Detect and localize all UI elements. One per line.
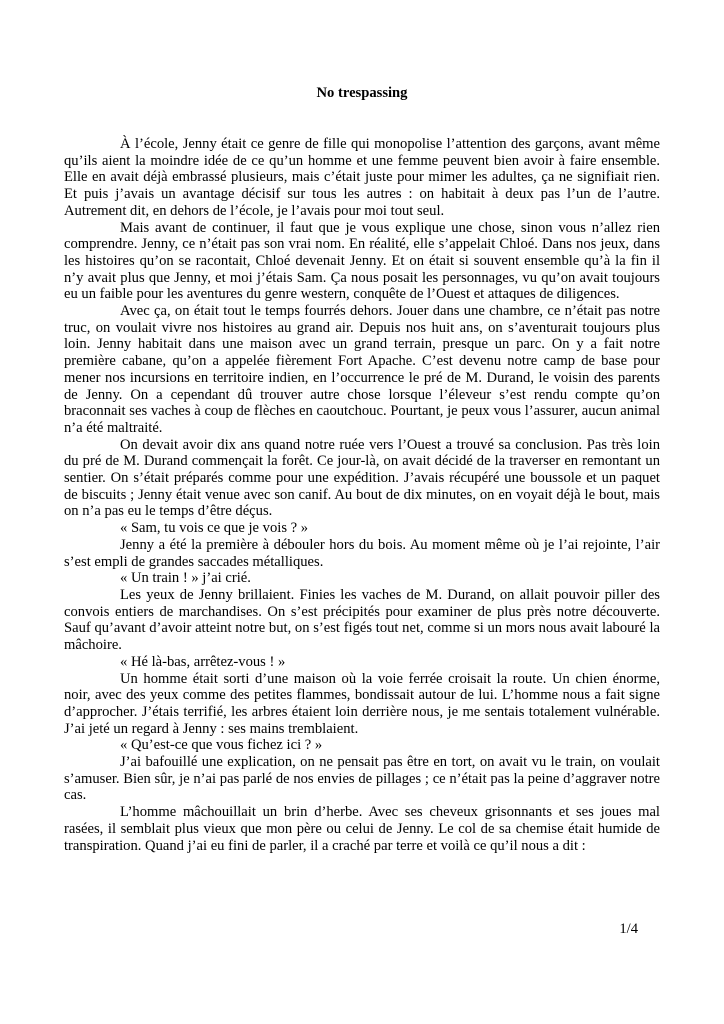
paragraph: « Hé là-bas, arrêtez-vous ! » <box>64 654 660 671</box>
paragraph: Jenny a été la première à débouler hors … <box>64 537 660 570</box>
document-page: No trespassing À l’école, Jenny était ce… <box>0 0 724 1024</box>
paragraph: Les yeux de Jenny brillaient. Finies les… <box>64 587 660 654</box>
paragraph: Avec ça, on était tout le temps fourrés … <box>64 303 660 437</box>
paragraph: « Sam, tu vois ce que je vois ? » <box>64 520 660 537</box>
paragraph: J’ai bafouillé une explication, on ne pe… <box>64 754 660 804</box>
paragraph: À l’école, Jenny était ce genre de fille… <box>64 136 660 220</box>
paragraph: « Un train ! » j’ai crié. <box>64 570 660 587</box>
paragraph: Un homme était sorti d’une maison où la … <box>64 671 660 738</box>
document-body: À l’école, Jenny était ce genre de fille… <box>64 136 660 854</box>
document-title: No trespassing <box>64 85 660 102</box>
paragraph: On devait avoir dix ans quand notre ruée… <box>64 437 660 521</box>
paragraph: « Qu’est-ce que vous fichez ici ? » <box>64 737 660 754</box>
paragraph: Mais avant de continuer, il faut que je … <box>64 220 660 304</box>
paragraph: L’homme mâchouillait un brin d’herbe. Av… <box>64 804 660 854</box>
page-number: 1/4 <box>64 921 638 938</box>
